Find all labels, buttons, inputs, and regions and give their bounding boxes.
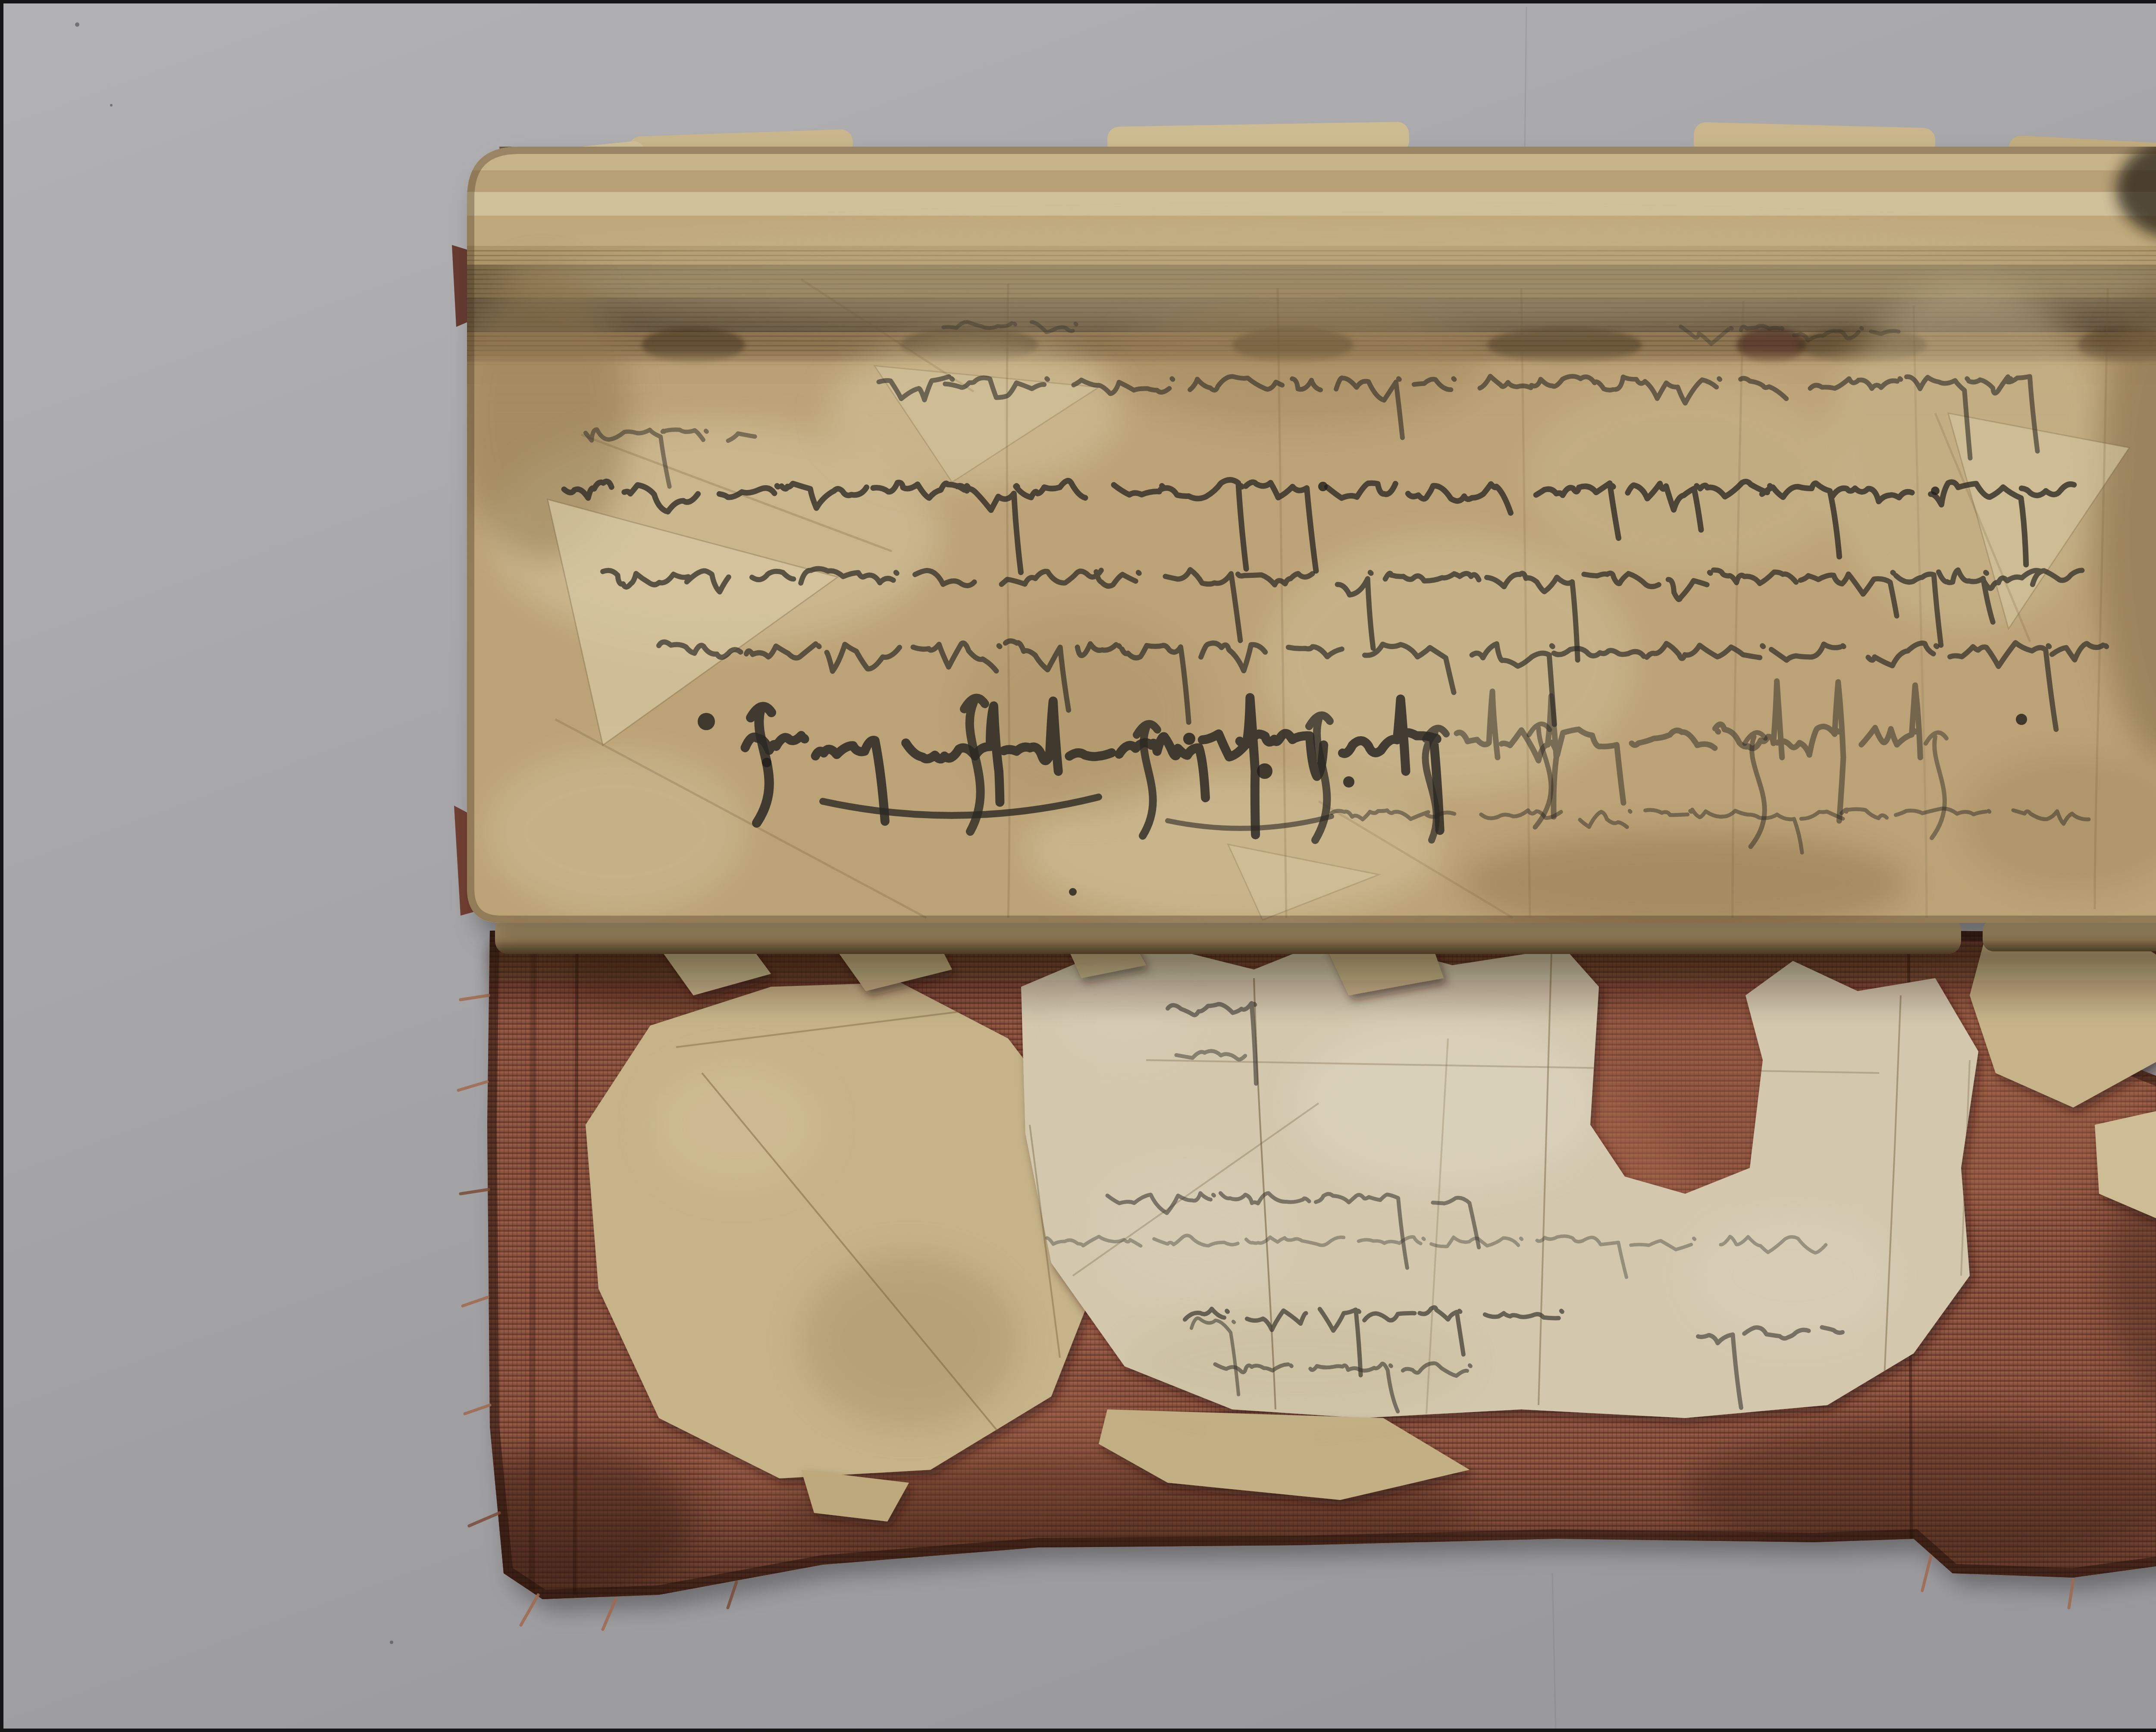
frayed-thread — [469, 1513, 499, 1526]
dust-speck — [75, 22, 79, 27]
fragment-mottle — [1099, 1168, 1280, 1297]
frayed-thread — [603, 1599, 616, 1629]
page-cast-shadow — [489, 946, 2156, 1019]
frayed-thread — [1922, 1556, 1931, 1591]
frayed-thread — [463, 1297, 488, 1306]
dust-speck — [110, 104, 113, 107]
frayed-thread — [465, 1405, 490, 1414]
manuscript-photograph — [0, 0, 2156, 1732]
page-mottle — [486, 750, 745, 913]
frayed-thread — [728, 1582, 736, 1608]
frayed-thread — [521, 1595, 538, 1625]
ink-spot — [1931, 486, 1940, 495]
ink-spot — [1183, 733, 1195, 745]
under-page-edge-layer — [489, 917, 2156, 1019]
artwork-canvas — [3, 3, 2156, 1732]
ink-spot — [762, 758, 771, 767]
frayed-thread — [458, 1082, 487, 1090]
page-mottle — [1521, 379, 1849, 577]
frayed-thread — [461, 995, 489, 1000]
dust-speck — [390, 1641, 393, 1644]
ink-spot — [1257, 763, 1272, 779]
cloth-seam — [532, 931, 534, 1591]
frayed-thread — [461, 1189, 489, 1194]
fragment-mottle — [1694, 1215, 1892, 1336]
fragment-mottle — [650, 1060, 823, 1189]
fragment-mottle — [801, 1254, 1017, 1427]
ink-spot — [698, 713, 715, 730]
stack-stain-blotch — [642, 327, 745, 363]
ink-spot — [1069, 888, 1077, 896]
ink-spot — [2016, 714, 2027, 725]
stack-stain-blotch — [1487, 327, 1642, 363]
page-stack-band — [467, 170, 2156, 192]
stack-stain-blotch — [1737, 327, 1806, 363]
frayed-thread — [2069, 1580, 2073, 1608]
backdrop-seam — [1552, 1573, 1556, 1732]
backdrop-seam — [1525, 7, 1526, 152]
ink-spot — [1318, 482, 1328, 491]
page-mottle — [1112, 297, 1482, 426]
cloth-seam — [575, 931, 577, 1595]
page-stack-band — [467, 192, 2156, 216]
ink-spot — [1343, 776, 1354, 788]
